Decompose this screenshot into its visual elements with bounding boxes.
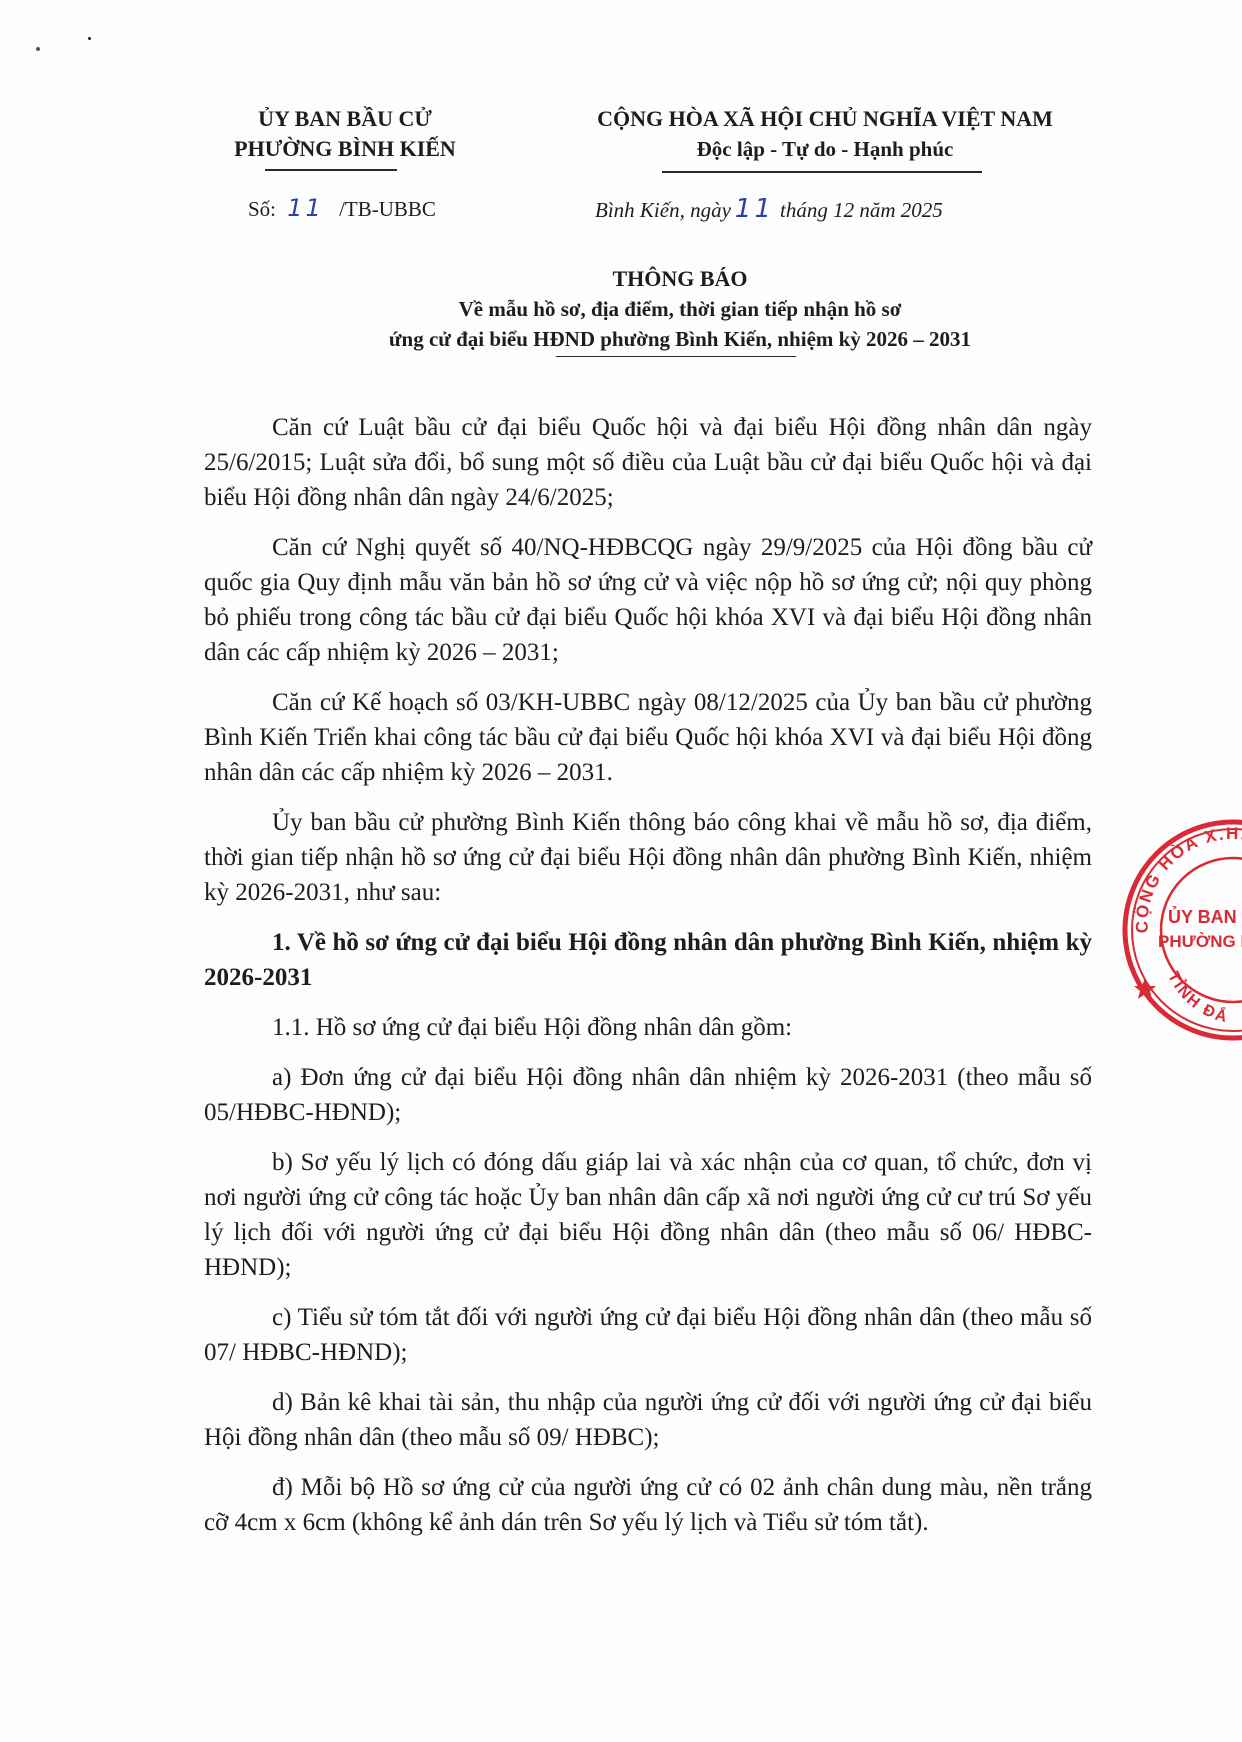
- announcement-paragraph: Ủy ban bầu cử phường Bình Kiến thông báo…: [204, 805, 1092, 910]
- document-title: THÔNG BÁO Về mẫu hồ sơ, địa điểm, thời g…: [300, 264, 1060, 354]
- title-underline: [556, 356, 796, 357]
- issuing-authority: ỦY BAN BẦU CỬ PHƯỜNG BÌNH KIẾN: [200, 104, 490, 164]
- seal-icon: CỘNG HÒA X.H.C TỈNH ĐẮ ỦY BAN BẦ PHƯỜNG …: [1118, 815, 1242, 1045]
- authority-line-1: ỦY BAN BẦU CỬ: [200, 104, 490, 134]
- title-subtitle-1: Về mẫu hồ sơ, địa điểm, thời gian tiếp n…: [300, 294, 1060, 324]
- document-body: Căn cứ Luật bầu cử đại biểu Quốc hội và …: [204, 410, 1092, 1555]
- national-title: CỘNG HÒA XÃ HỘI CHỦ NGHĨA VIỆT NAM: [545, 104, 1105, 134]
- handwritten-doc-number: 11: [287, 194, 324, 222]
- svg-text:ỦY BAN BẦ: ỦY BAN BẦ: [1168, 906, 1242, 927]
- document-page: ỦY BAN BẦU CỬ PHƯỜNG BÌNH KIẾN CỘNG HÒA …: [0, 0, 1242, 1742]
- date-place: Bình Kiến, ngày: [595, 198, 731, 222]
- scan-speck: [88, 37, 91, 40]
- list-item: đ) Mỗi bộ Hồ sơ ứng cử của người ứng cử …: [204, 1470, 1092, 1540]
- national-motto: Độc lập - Tự do - Hạnh phúc: [545, 134, 1105, 164]
- national-header: CỘNG HÒA XÃ HỘI CHỦ NGHĨA VIỆT NAM Độc l…: [545, 104, 1105, 164]
- svg-text:PHƯỜNG BÌN: PHƯỜNG BÌN: [1158, 932, 1242, 951]
- document-number: Số: 11 /TB-UBBC: [248, 194, 436, 222]
- title-main: THÔNG BÁO: [300, 264, 1060, 294]
- official-seal: CỘNG HÒA X.H.C TỈNH ĐẮ ỦY BAN BẦ PHƯỜNG …: [1118, 815, 1242, 1045]
- section-1-heading: 1. Về hồ sơ ứng cử đại biểu Hội đồng nhâ…: [204, 925, 1092, 995]
- handwritten-day: 11: [735, 194, 774, 224]
- title-subtitle-2: ứng cử đại biểu HĐND phường Bình Kiến, n…: [300, 324, 1060, 354]
- authority-underline: [265, 169, 397, 171]
- motto-underline: [662, 171, 982, 173]
- authority-line-2: PHƯỜNG BÌNH KIẾN: [200, 134, 490, 164]
- date-rest: tháng 12 năm 2025: [780, 198, 943, 222]
- list-item: d) Bản kê khai tài sản, thu nhập của ngư…: [204, 1385, 1092, 1455]
- list-item: a) Đơn ứng cử đại biểu Hội đồng nhân dân…: [204, 1060, 1092, 1130]
- section-1-1-heading: 1.1. Hồ sơ ứng cử đại biểu Hội đồng nhân…: [204, 1010, 1092, 1045]
- list-item: b) Sơ yếu lý lịch có đóng dấu giáp lai v…: [204, 1145, 1092, 1285]
- doc-number-suffix: /TB-UBBC: [339, 197, 436, 221]
- legal-basis-paragraph: Căn cứ Nghị quyết số 40/NQ-HĐBCQG ngày 2…: [204, 530, 1092, 670]
- list-item: c) Tiểu sử tóm tắt đối với người ứng cử …: [204, 1300, 1092, 1370]
- doc-number-prefix: Số:: [248, 197, 276, 221]
- scan-speck: [36, 47, 40, 51]
- document-date: Bình Kiến, ngày11tháng 12 năm 2025: [595, 194, 943, 224]
- legal-basis-paragraph: Căn cứ Kế hoạch số 03/KH-UBBC ngày 08/12…: [204, 685, 1092, 790]
- legal-basis-paragraph: Căn cứ Luật bầu cử đại biểu Quốc hội và …: [204, 410, 1092, 515]
